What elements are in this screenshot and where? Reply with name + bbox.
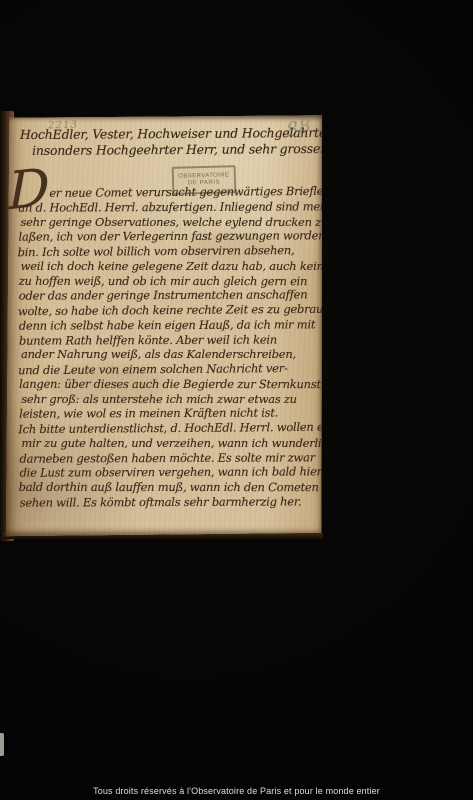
handwritten-line: bald dorthin auß lauffen muß, wann ich d… [19,480,322,495]
handwritten-line: und die Leute von einem solchen Nachrich… [18,361,321,378]
facing-page-sliver [0,733,4,756]
handwritten-line: denn ich selbst habe kein eigen Hauß, da… [19,317,321,333]
handwritten-line: die Lust zum observiren vergehen, wann i… [20,465,322,481]
handwritten-line: mir zu gute halten, und verzeihen, wann … [21,436,321,451]
handwritten-line: langen: über dieses auch die Begierde zu… [19,377,321,392]
handwritten-line: darneben gestoßen haben möchte. Es solte… [19,450,321,466]
handwritten-line: an d. HochEdl. Herrl. abzufertigen. Inli… [18,199,320,215]
salutation-block: HochEdler, Vester, Hochweiser und Hochge… [20,125,320,159]
salutation-line: insonders Hochgeehrter Herr, und sehr gr… [32,141,320,159]
handwritten-line: sehr groß: als unterstehe ich mich zwar … [21,391,321,406]
handwritten-line: Ich bitte unterdienstlichst, d. HochEdl.… [18,420,321,437]
handwritten-line: sehr geringe Observationes, welche eylen… [20,214,320,229]
handwritten-line: buntem Rath helffen könte. Aber weil ich… [19,332,321,348]
letter-body: er neue Comet verursacht gegenwärtiges B… [18,184,321,510]
handwritten-line: sehen will. Es kömbt oftmals sehr barmhe… [20,494,322,510]
handwritten-line: er neue Comet verursacht gegenwärtiges B… [17,184,320,201]
handwritten-line: wolte, so habe ich doch keine rechte Zei… [18,302,321,319]
handwritten-line: zu hoffen weiß, und ob ich mir auch glei… [19,273,321,288]
handwritten-line: bin. Ich solte wol billich vom observire… [18,243,321,260]
handwritten-line: weil ich doch keine gelegene Zeit dazu h… [21,259,321,274]
handwritten-line: ander Nahrung weiß, als das Kalenderschr… [21,347,321,362]
manuscript-page: 2213 88 HochEdler, Vester, Hochweiser un… [5,114,323,537]
photo-backdrop: 2213 88 HochEdler, Vester, Hochweiser un… [0,0,473,800]
copyright-caption: Tous droits réservés à l'Observatoire de… [0,786,473,796]
